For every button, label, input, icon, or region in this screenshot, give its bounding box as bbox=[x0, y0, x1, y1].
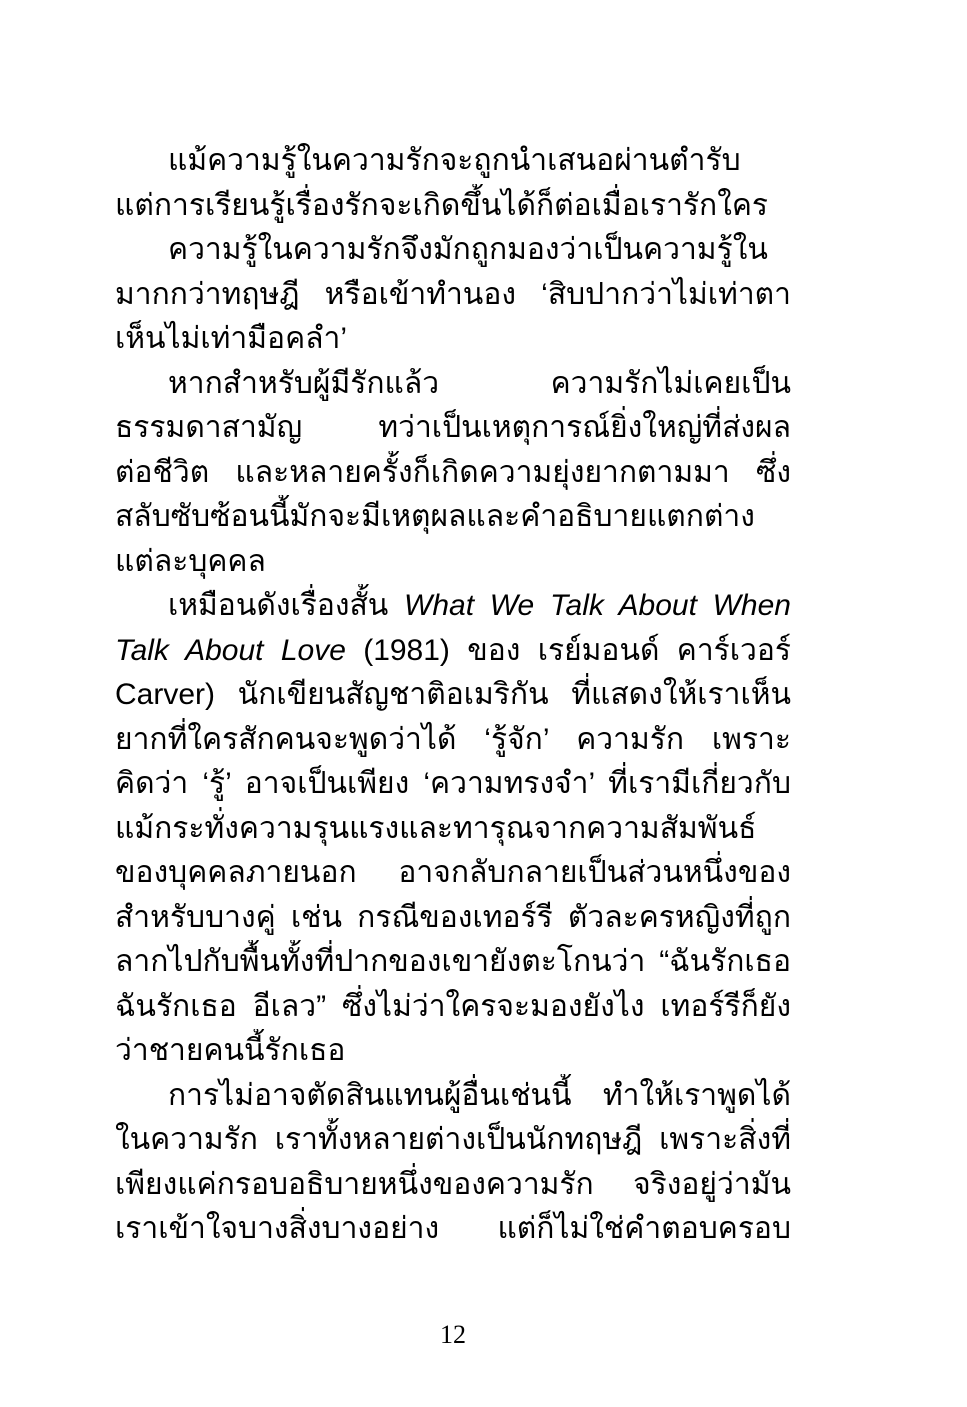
text-line: ว่าชายคนนี้รักเธอ bbox=[115, 1029, 791, 1074]
text-line: เหมือนดังเรื่องสั้น What We Talk About W… bbox=[115, 584, 791, 629]
text-line: แม้กระทั่งความรุนแรงและทารุณจากความสัมพั… bbox=[115, 807, 791, 852]
text-line: หากสำหรับผู้มีรักแล้ว ความรักไม่เคยเป็นป… bbox=[115, 362, 791, 407]
text-line: เพียงแค่กรอบอธิบายหนึ่งของความรัก จริงอย… bbox=[115, 1163, 791, 1208]
text-segment: ฉันรักเธอ อีเลว” ซึ่งไม่ว่าใครจะมองยังไง… bbox=[115, 990, 791, 1030]
text-line: มากกว่าทฤษฎี หรือเข้าทำนอง ‘สิบปากว่าไม่… bbox=[115, 273, 791, 318]
text-line: คิดว่า ‘รู้’ อาจเป็นเพียง ‘ความทรงจำ’ ที… bbox=[115, 762, 791, 807]
text-segment: ยากที่ใครสักคนจะพูดว่าได้ ‘รู้จัก’ ความร… bbox=[115, 723, 791, 763]
text-segment: ลากไปกับพื้นทั้งที่ปากของเขายังตะโกนว่า … bbox=[115, 945, 791, 985]
text-segment: แม้กระทั่งความรุนแรงและทารุณจากความสัมพั… bbox=[115, 812, 756, 852]
text-segment: มากกว่าทฤษฎี หรือเข้าทำนอง ‘สิบปากว่าไม่… bbox=[115, 278, 791, 318]
text-line: สลับซับซ้อนนี้มักจะมีเหตุผลและคำอธิบายแต… bbox=[115, 495, 791, 540]
text-line: เราเข้าใจบางสิ่งบางอย่าง แต่ก็ไม่ใช่คำตอ… bbox=[115, 1207, 791, 1252]
text-segment: แต่ละบุคคล bbox=[115, 545, 266, 578]
text-line: แต่ละบุคคล bbox=[115, 540, 791, 585]
text-segment: ในความรัก เราทั้งหลายต่างเป็นนักทฤษฎี เพ… bbox=[115, 1123, 791, 1163]
text-segment: ของบุคคลภายนอก อาจกลับกลายเป็นส่วนหนึ่งข… bbox=[115, 856, 791, 896]
text-segment: การไม่อาจตัดสินแทนผู้อื่นเช่นนี้ ทำให้เร… bbox=[115, 1079, 791, 1119]
text-segment: คิดว่า ‘รู้’ อาจเป็นเพียง ‘ความทรงจำ’ ที… bbox=[115, 767, 791, 807]
text-line: เห็นไม่เท่ามือคลำ’ bbox=[115, 317, 791, 362]
page-number: 12 bbox=[115, 1320, 791, 1350]
text-segment: ธรรมดาสามัญ ทว่าเป็นเหตุการณ์ยิ่งใหญ่ที่… bbox=[115, 411, 791, 451]
text-line: สำหรับบางคู่ เช่น กรณีของเทอร์รี ตัวละคร… bbox=[115, 896, 791, 941]
text-line: ยากที่ใครสักคนจะพูดว่าได้ ‘รู้จัก’ ความร… bbox=[115, 718, 791, 763]
text-line: ธรรมดาสามัญ ทว่าเป็นเหตุการณ์ยิ่งใหญ่ที่… bbox=[115, 406, 791, 451]
text-line: ลากไปกับพื้นทั้งที่ปากของเขายังตะโกนว่า … bbox=[115, 940, 791, 985]
italic-text-segment: Talk About Love bbox=[115, 634, 346, 667]
text-line: แต่การเรียนรู้เรื่องรักจะเกิดขึ้นได้ก็ต่… bbox=[115, 184, 791, 229]
text-segment: ว่าชายคนนี้รักเธอ bbox=[115, 1034, 345, 1067]
text-line: Carver) นักเขียนสัญชาติอเมริกัน ที่แสดงใ… bbox=[115, 673, 791, 718]
text-segment: แม้ความรู้ในความรักจะถูกนำเสนอผ่านตำรับต… bbox=[115, 144, 741, 184]
text-segment: หากสำหรับผู้มีรักแล้ว ความรักไม่เคยเป็นป… bbox=[115, 367, 791, 407]
text-segment: Carver) นักเขียนสัญชาติอเมริกัน ที่แสดงใ… bbox=[115, 678, 791, 718]
text-segment: ความรู้ในความรักจึงมักถูกมองว่าเป็นความร… bbox=[115, 233, 768, 273]
text-line: การไม่อาจตัดสินแทนผู้อื่นเช่นนี้ ทำให้เร… bbox=[115, 1074, 791, 1119]
text-segment: สลับซับซ้อนนี้มักจะมีเหตุผลและคำอธิบายแต… bbox=[115, 500, 755, 540]
text-line: ความรู้ในความรักจึงมักถูกมองว่าเป็นความร… bbox=[115, 228, 791, 273]
text-line: ต่อชีวิต และหลายครั้งก็เกิดความยุ่งยากตา… bbox=[115, 451, 791, 496]
text-segment: สำหรับบางคู่ เช่น กรณีของเทอร์รี ตัวละคร… bbox=[115, 901, 791, 941]
body-text-block: แม้ความรู้ในความรักจะถูกนำเสนอผ่านตำรับต… bbox=[115, 139, 791, 1252]
text-line: ฉันรักเธอ อีเลว” ซึ่งไม่ว่าใครจะมองยังไง… bbox=[115, 985, 791, 1030]
text-segment: เราเข้าใจบางสิ่งบางอย่าง แต่ก็ไม่ใช่คำตอ… bbox=[115, 1212, 791, 1252]
text-line: ในความรัก เราทั้งหลายต่างเป็นนักทฤษฎี เพ… bbox=[115, 1118, 791, 1163]
text-segment: ต่อชีวิต และหลายครั้งก็เกิดความยุ่งยากตา… bbox=[115, 456, 791, 496]
text-line: Talk About Love (1981) ของ เรย์มอนด์ คาร… bbox=[115, 629, 791, 674]
text-segment: เห็นไม่เท่ามือคลำ’ bbox=[115, 322, 347, 355]
text-line: แม้ความรู้ในความรักจะถูกนำเสนอผ่านตำรับต… bbox=[115, 139, 791, 184]
text-segment: เหมือนดังเรื่องสั้น bbox=[168, 589, 404, 622]
text-line: ของบุคคลภายนอก อาจกลับกลายเป็นส่วนหนึ่งข… bbox=[115, 851, 791, 896]
book-page: แม้ความรู้ในความรักจะถูกนำเสนอผ่านตำรับต… bbox=[0, 0, 967, 1407]
text-segment: แต่การเรียนรู้เรื่องรักจะเกิดขึ้นได้ก็ต่… bbox=[115, 189, 768, 229]
text-segment: เพียงแค่กรอบอธิบายหนึ่งของความรัก จริงอย… bbox=[115, 1168, 791, 1208]
